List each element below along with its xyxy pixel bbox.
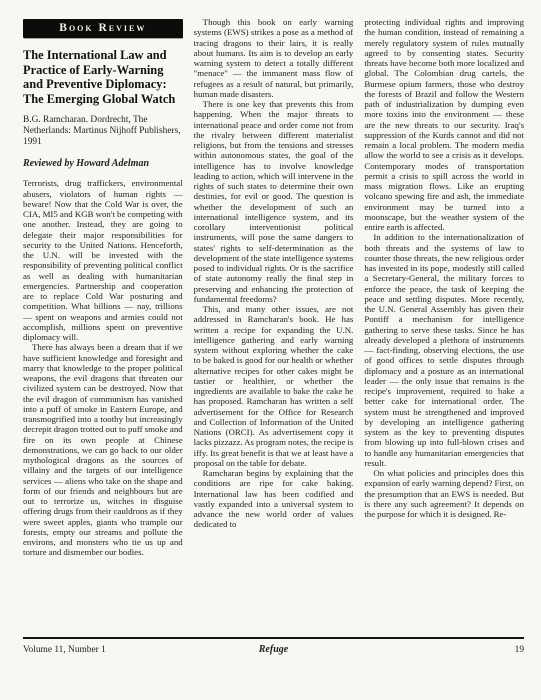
text-columns: Book Review The International Law and Pr… [23, 17, 524, 633]
book-title: The International Law and Practice of Ea… [23, 48, 183, 106]
footer-page-number: 19 [357, 645, 524, 655]
banner-label: Book Review [59, 22, 146, 34]
paragraph: Terrorists, drug traffickers, environmen… [23, 178, 183, 342]
page-footer: Volume 11, Number 1 Refuge 19 [23, 637, 524, 655]
paragraph: There has always been a dream that if we… [23, 342, 183, 557]
column-2: Though this book on early warning system… [194, 17, 354, 633]
paragraph: protecting individual rights and improvi… [364, 17, 524, 232]
reviewer-byline: Reviewed by Howard Adelman [23, 158, 183, 169]
footer-volume: Volume 11, Number 1 [23, 645, 190, 655]
footer-journal-name: Refuge [190, 644, 357, 655]
paragraph: Though this book on early warning system… [194, 17, 354, 99]
paragraph: On what policies and principles does thi… [364, 468, 524, 519]
book-imprint: B.G. Ramcharan. Dordrecht, The Netherlan… [23, 115, 183, 148]
paragraph: There is one key that prevents this from… [194, 99, 354, 304]
book-review-banner: Book Review [23, 19, 183, 38]
column-1: Book Review The International Law and Pr… [23, 17, 183, 633]
paragraph: In addition to the internationalization … [364, 232, 524, 468]
column-3: protecting individual rights and improvi… [364, 17, 524, 633]
paragraph: This, and many other issues, are not add… [194, 304, 354, 468]
journal-page: Book Review The International Law and Pr… [0, 0, 541, 700]
paragraph: Ramcharan begins by explaining that the … [194, 468, 354, 530]
